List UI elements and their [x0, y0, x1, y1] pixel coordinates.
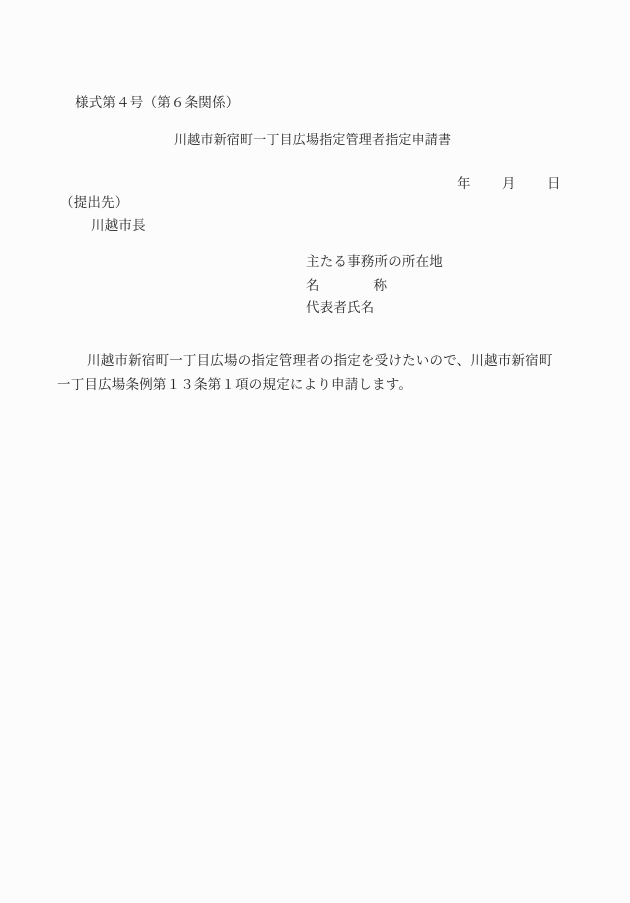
- body-text-line-1: 川越市新宿町一丁目広場の指定管理者の指定を受けたいので、川越市新宿町: [87, 353, 553, 369]
- document-title: 川越市新宿町一丁目広場指定管理者指定申請書: [174, 133, 451, 148]
- date-line: 年 月 日: [457, 176, 562, 192]
- document-page: 様式第４号（第６条関係） 川越市新宿町一丁目広場指定管理者指定申請書 年 月 日…: [0, 0, 630, 903]
- recipient-label: （提出先）: [60, 195, 129, 211]
- applicant-office-address-label: 主たる事務所の所在地: [306, 254, 443, 270]
- form-number: 様式第４号（第６条関係）: [75, 95, 239, 111]
- applicant-representative-label: 代表者氏名: [306, 300, 375, 316]
- body-text-line-2: 一丁目広場条例第１３条第１項の規定により申請します。: [57, 377, 412, 393]
- applicant-name-label: 名 称: [306, 278, 387, 294]
- recipient-name: 川越市長: [91, 218, 146, 234]
